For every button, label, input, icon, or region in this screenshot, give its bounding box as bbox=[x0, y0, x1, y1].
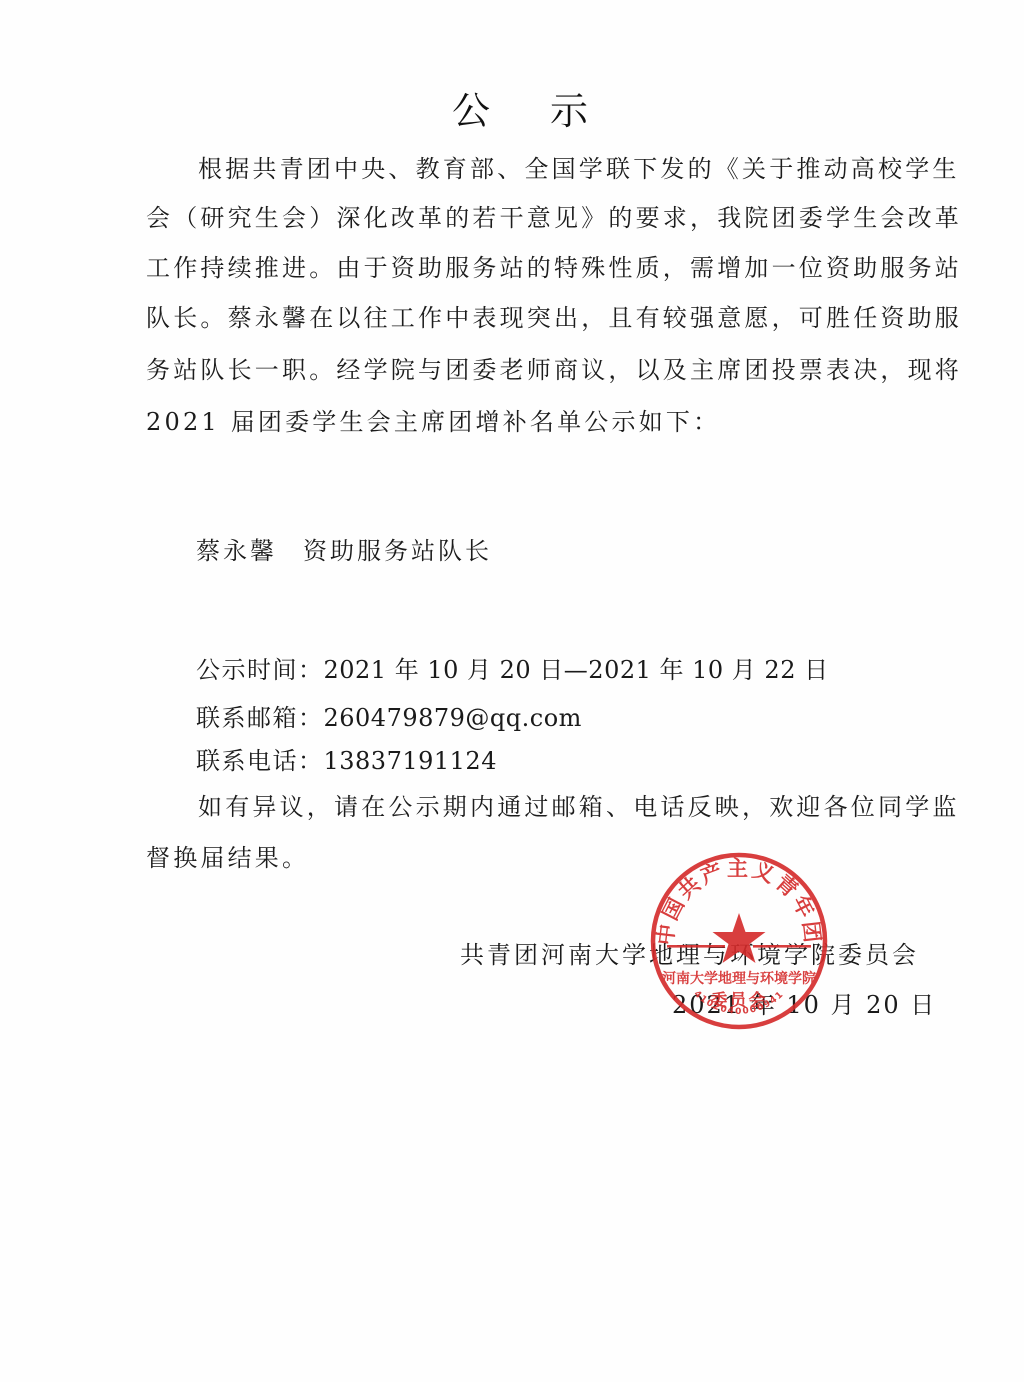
closing-line-2: 督换届结果。 bbox=[146, 843, 309, 873]
notice-period-label: 公示时间： bbox=[196, 656, 324, 684]
seal-inner-text-1: 河南大学地理与环境学院 bbox=[662, 970, 816, 987]
nominee-entry: 蔡永馨资助服务站队长 bbox=[196, 536, 492, 566]
contact-phone: 联系电话：13837191124 bbox=[196, 746, 497, 776]
notice-period-value: 2021 年 10 月 20 日—2021 年 10 月 22 日 bbox=[324, 656, 829, 684]
contact-email-label: 联系邮箱： bbox=[196, 704, 324, 732]
body-line-5: 务站队长一职。经学院与团委老师商议，以及主席团投票表决，现将 bbox=[146, 355, 962, 385]
body-line-2: 会（研究生会）深化改革的若干意见》的要求，我院团委学生会改革 bbox=[146, 203, 962, 233]
body-line-3: 工作持续推进。由于资助服务站的特殊性质，需增加一位资助服务站 bbox=[146, 253, 962, 283]
body-line-1: 根据共青团中央、教育部、全国学联下发的《关于推动高校学生 bbox=[198, 154, 960, 184]
nominee-name: 蔡永馨 bbox=[196, 537, 277, 565]
official-seal-stamp: 中国共产主义青年团 河南大学地理与环境学院 委员会 4102040000941 bbox=[649, 851, 829, 1031]
seal-star-icon bbox=[713, 913, 766, 963]
closing-line-1: 如有异议，请在公示期内通过邮箱、电话反映，欢迎各位同学监 bbox=[198, 792, 960, 822]
nominee-position: 资助服务站队长 bbox=[303, 537, 492, 565]
notice-period: 公示时间：2021 年 10 月 20 日—2021 年 10 月 22 日 bbox=[196, 655, 829, 685]
body-line-6: 2021 届团委学生会主席团增补名单公示如下： bbox=[146, 407, 720, 437]
document-title: 公 示 bbox=[0, 80, 1024, 135]
body-line-4: 队长。蔡永馨在以往工作中表现突出，且有较强意愿，可胜任资助服 bbox=[146, 303, 962, 333]
contact-phone-label: 联系电话： bbox=[196, 747, 324, 775]
contact-email-value: 260479879@qq.com bbox=[324, 704, 582, 732]
contact-email: 联系邮箱：260479879@qq.com bbox=[196, 703, 582, 733]
document-page: 公 示 根据共青团中央、教育部、全国学联下发的《关于推动高校学生 会（研究生会）… bbox=[0, 0, 1024, 1382]
contact-phone-value: 13837191124 bbox=[324, 747, 497, 775]
